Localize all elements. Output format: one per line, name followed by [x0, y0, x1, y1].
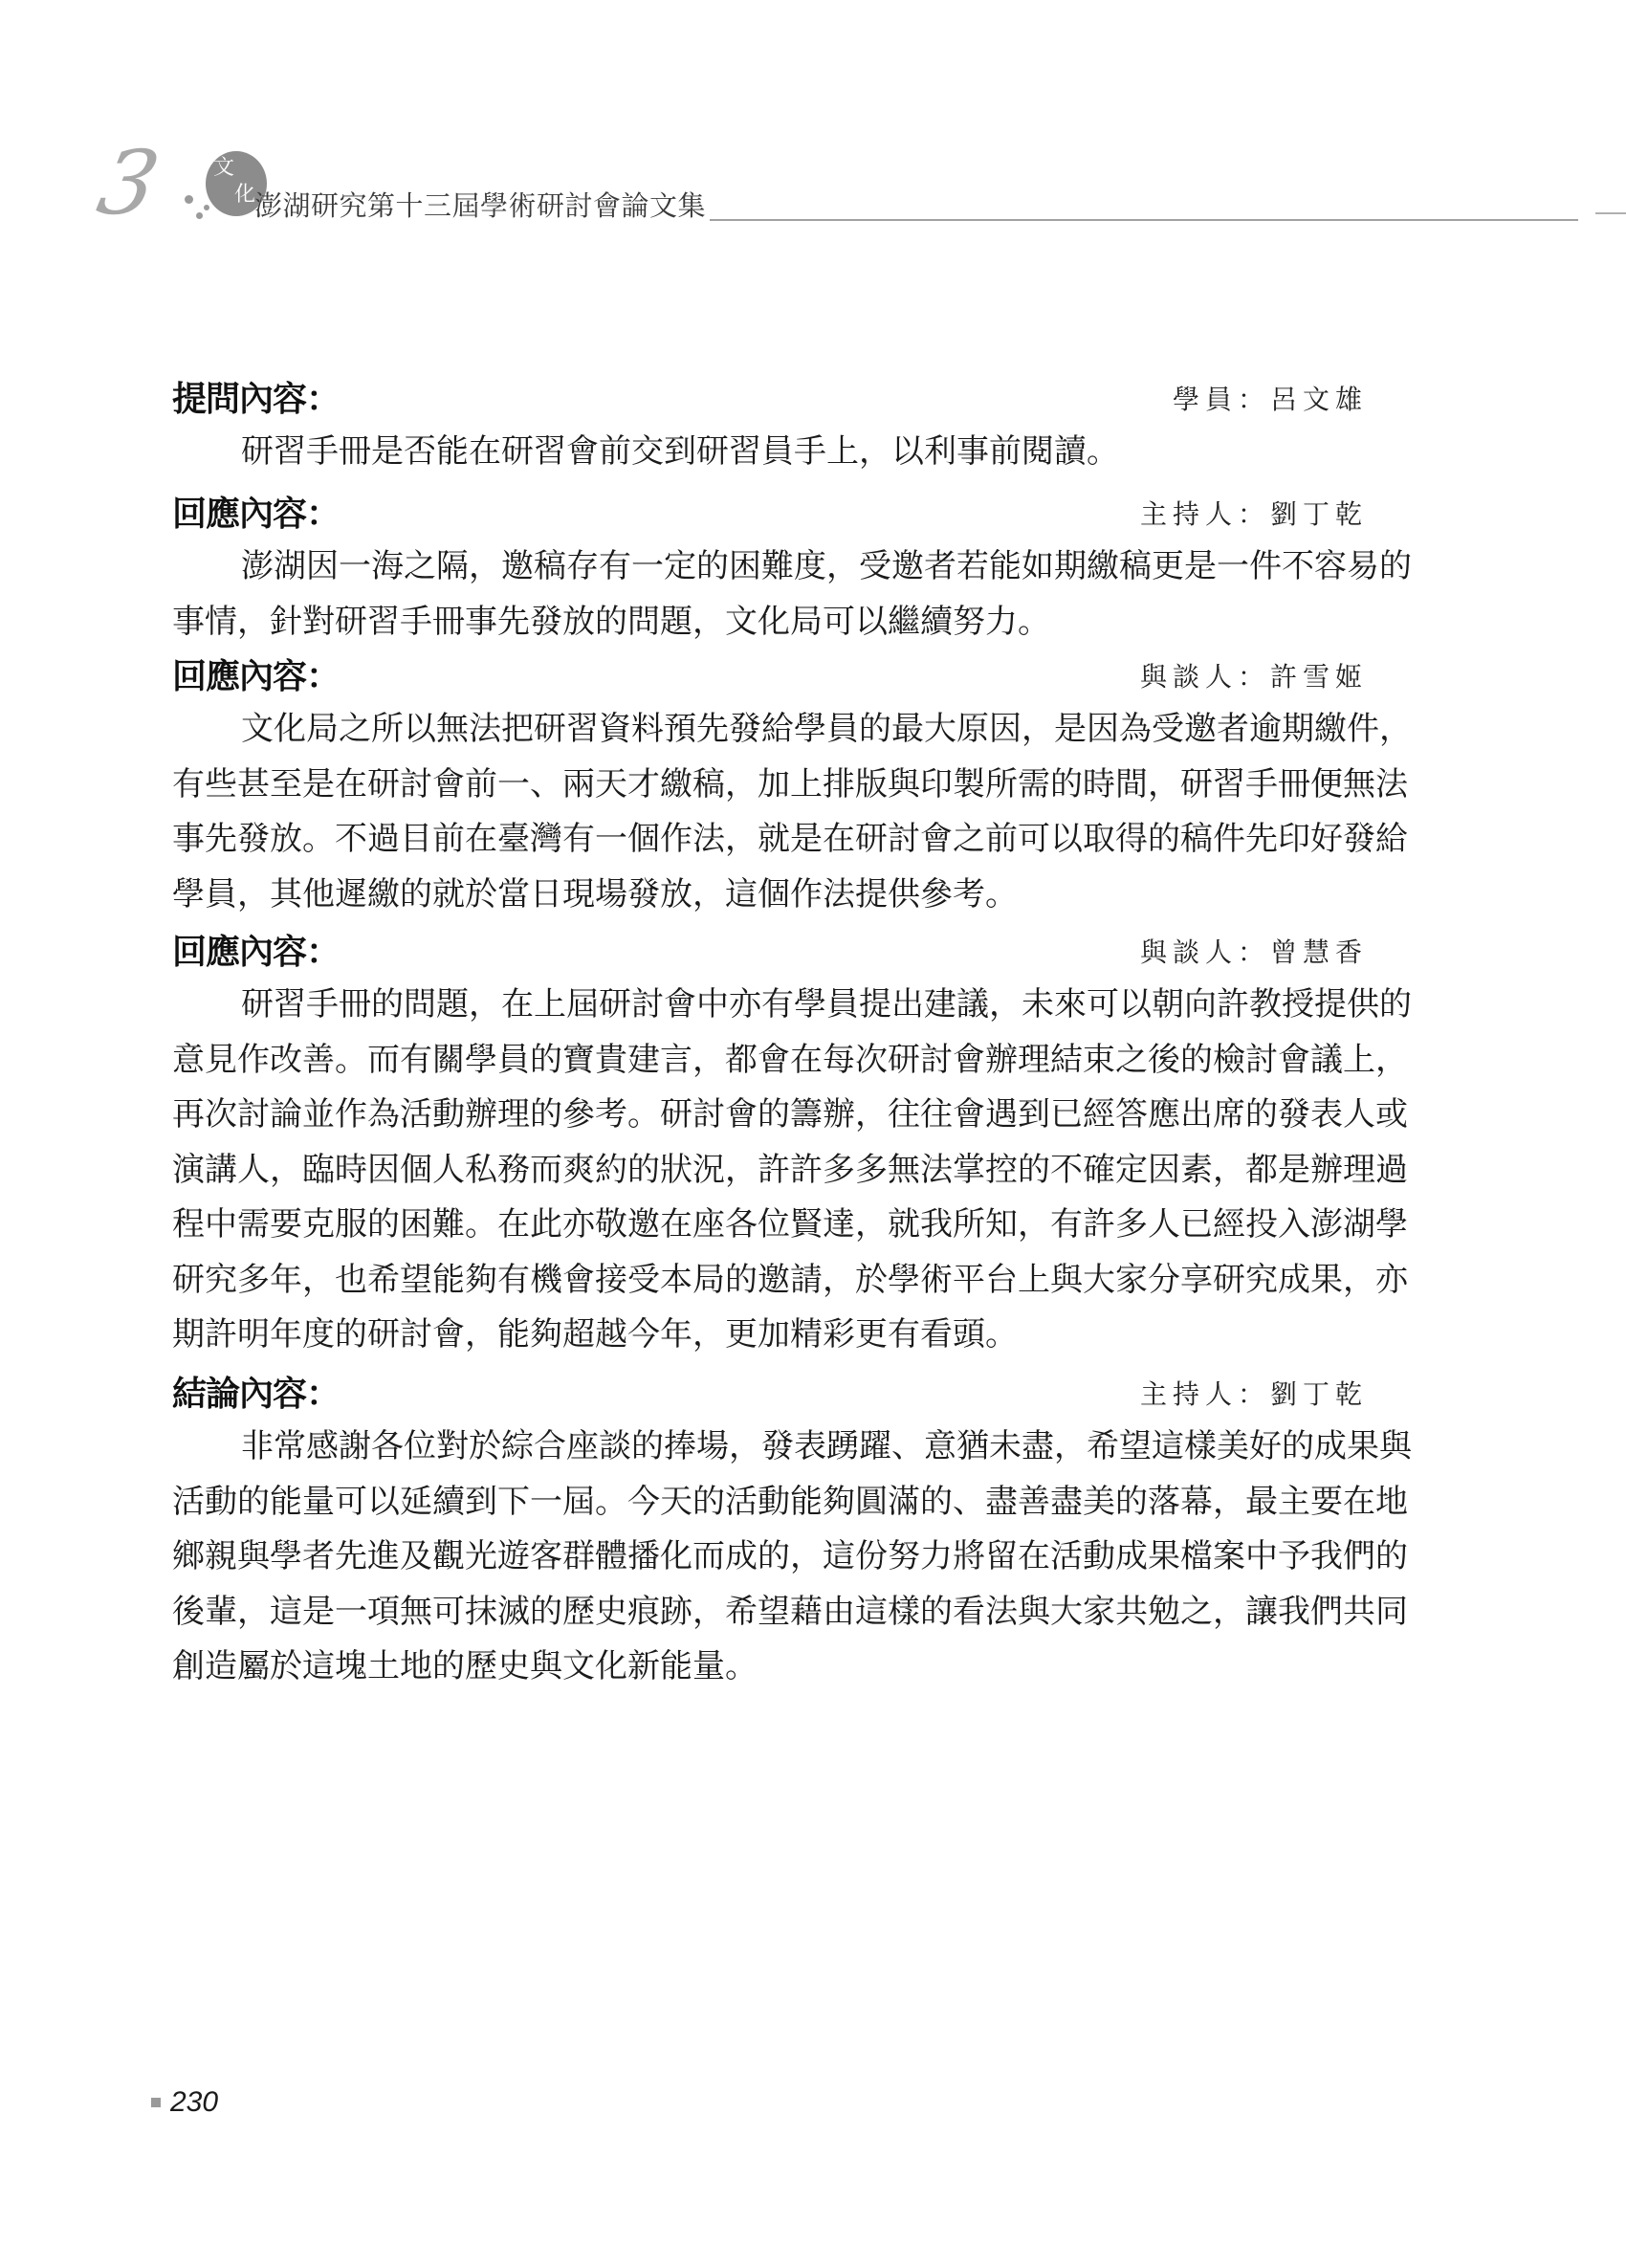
paragraph-line: 程中需要克服的困難。在此亦敬邀在座各位賢達，就我所知，有許多人已經投入澎湖學: [172, 1198, 1370, 1253]
speaker-label: 與談人：許雪姬: [1140, 660, 1368, 694]
section-conclusion: 結論內容： 主持人：劉丁乾 非常感謝各位對於綜合座談的捧場，發表踴躍、意猶未盡，…: [172, 1370, 1370, 1695]
paragraph-line: 研習手冊的問題，在上屆研討會中亦有學員提出建議，未來可以朝向許教授提供的: [172, 978, 1370, 1033]
paragraph-line: 事情，針對研習手冊事先發放的問題，文化局可以繼續努力。: [172, 595, 1370, 650]
paragraph-line: 鄉親與學者先進及觀光遊客群體播化而成的，這份努力將留在活動成果檔案中予我們的: [172, 1530, 1370, 1585]
paragraph-line: 非常感謝各位對於綜合座談的捧場，發表踴躍、意猶未盡，希望這樣美好的成果與: [172, 1420, 1370, 1475]
paragraph-line: 再次討論並作為活動辦理的參考。研討會的籌辦，往往會遇到已經答應出席的發表人或: [172, 1088, 1370, 1143]
section-header: 回應內容： 與談人：許雪姬: [172, 652, 1370, 702]
section-header: 回應內容： 主持人：劉丁乾: [172, 490, 1370, 539]
section-header: 提問內容： 學員：呂文雄: [172, 375, 1370, 425]
logo-char-wen: 文: [213, 157, 234, 180]
paragraph-line: 研習手冊是否能在研習會前交到研習員手上，以利事前閱讀。: [172, 425, 1370, 480]
paragraph-line: 意見作改善。而有關學員的寶貴建言，都會在每次研討會辦理結束之後的檢討會議上，: [172, 1033, 1370, 1089]
page-marker-icon: [151, 2098, 161, 2107]
section-body: 文化局之所以無法把研習資料預先發給學員的最大原因，是因為受邀者逾期繳件， 有些甚…: [172, 702, 1370, 922]
section-question: 提問內容： 學員：呂文雄 研習手冊是否能在研習會前交到研習員手上，以利事前閱讀。: [172, 375, 1370, 480]
paragraph-line: 有些甚至是在研討會前一、兩天才繳稿，加上排版與印製所需的時間，研習手冊便無法: [172, 758, 1370, 813]
paragraph-line: 學員，其他遲繳的就於當日現場發放，這個作法提供參考。: [172, 868, 1370, 923]
section-response-discussant-2: 回應內容： 與談人：曾慧香 研習手冊的問題，在上屆研討會中亦有學員提出建議，未來…: [172, 928, 1370, 1363]
paragraph-line: 文化局之所以無法把研習資料預先發給學員的最大原因，是因為受邀者逾期繳件，: [172, 702, 1370, 758]
paragraph-line: 創造屬於這塊土地的歷史與文化新能量。: [172, 1640, 1370, 1695]
section-body: 非常感謝各位對於綜合座談的捧場，發表踴躍、意猶未盡，希望這樣美好的成果與 活動的…: [172, 1420, 1370, 1695]
paragraph-line: 活動的能量可以延續到下一屆。今天的活動能夠圓滿的、盡善盡美的落幕，最主要在地: [172, 1475, 1370, 1530]
paragraph-line: 事先發放。不過目前在臺灣有一個作法，就是在研討會之前可以取得的稿件先印好發給: [172, 812, 1370, 868]
section-heading: 回應內容：: [172, 494, 340, 536]
publication-logo: 3 文 化: [100, 145, 273, 237]
paragraph-line: 期許明年度的研討會，能夠超越今年，更加精彩更有看頭。: [172, 1308, 1370, 1363]
section-heading: 回應內容：: [172, 656, 340, 698]
section-body: 研習手冊的問題，在上屆研討會中亦有學員提出建議，未來可以朝向許教授提供的 意見作…: [172, 978, 1370, 1363]
section-response-discussant-1: 回應內容： 與談人：許雪姬 文化局之所以無法把研習資料預先發給學員的最大原因，是…: [172, 652, 1370, 922]
running-header: 3 文 化 澎湖研究第十三屆學術研討會論文集: [0, 0, 1626, 249]
paragraph-line: 研究多年，也希望能夠有機會接受本局的邀請，於學術平台上與大家分享研究成果，亦: [172, 1253, 1370, 1309]
speaker-label: 與談人：曾慧香: [1140, 936, 1368, 970]
logo-numeral: 3: [91, 140, 165, 228]
speaker-label: 主持人：劉丁乾: [1140, 497, 1368, 532]
section-body: 澎湖因一海之隔，邀稿存有一定的困難度，受邀者若能如期繳稿更是一件不容易的 事情，…: [172, 539, 1370, 650]
running-header-title: 澎湖研究第十三屆學術研討會論文集: [254, 189, 706, 222]
section-response-host: 回應內容： 主持人：劉丁乾 澎湖因一海之隔，邀稿存有一定的困難度，受邀者若能如期…: [172, 490, 1370, 650]
speaker-label: 主持人：劉丁乾: [1140, 1377, 1368, 1412]
section-body: 研習手冊是否能在研習會前交到研習員手上，以利事前閱讀。: [172, 425, 1370, 480]
speaker-label: 學員：呂文雄: [1173, 383, 1368, 417]
header-divider-tail: [1595, 212, 1626, 214]
header-divider: [710, 219, 1578, 221]
logo-char-hua: 化: [234, 184, 255, 207]
paragraph-line: 澎湖因一海之隔，邀稿存有一定的困難度，受邀者若能如期繳稿更是一件不容易的: [172, 539, 1370, 595]
section-heading: 提問內容：: [172, 379, 340, 421]
section-heading: 回應內容：: [172, 932, 340, 974]
paragraph-line: 演講人，臨時因個人私務而爽約的狀況，許許多多無法掌控的不確定因素，都是辦理過: [172, 1143, 1370, 1199]
section-heading: 結論內容：: [172, 1374, 340, 1416]
section-header: 結論內容： 主持人：劉丁乾: [172, 1370, 1370, 1420]
section-header: 回應內容： 與談人：曾慧香: [172, 928, 1370, 978]
page-number: 230: [170, 2085, 218, 2120]
paragraph-line: 後輩，這是一項無可抹滅的歷史痕跡，希望藉由這樣的看法與大家共勉之，讓我們共同: [172, 1585, 1370, 1640]
page-footer: 230: [143, 2085, 335, 2124]
